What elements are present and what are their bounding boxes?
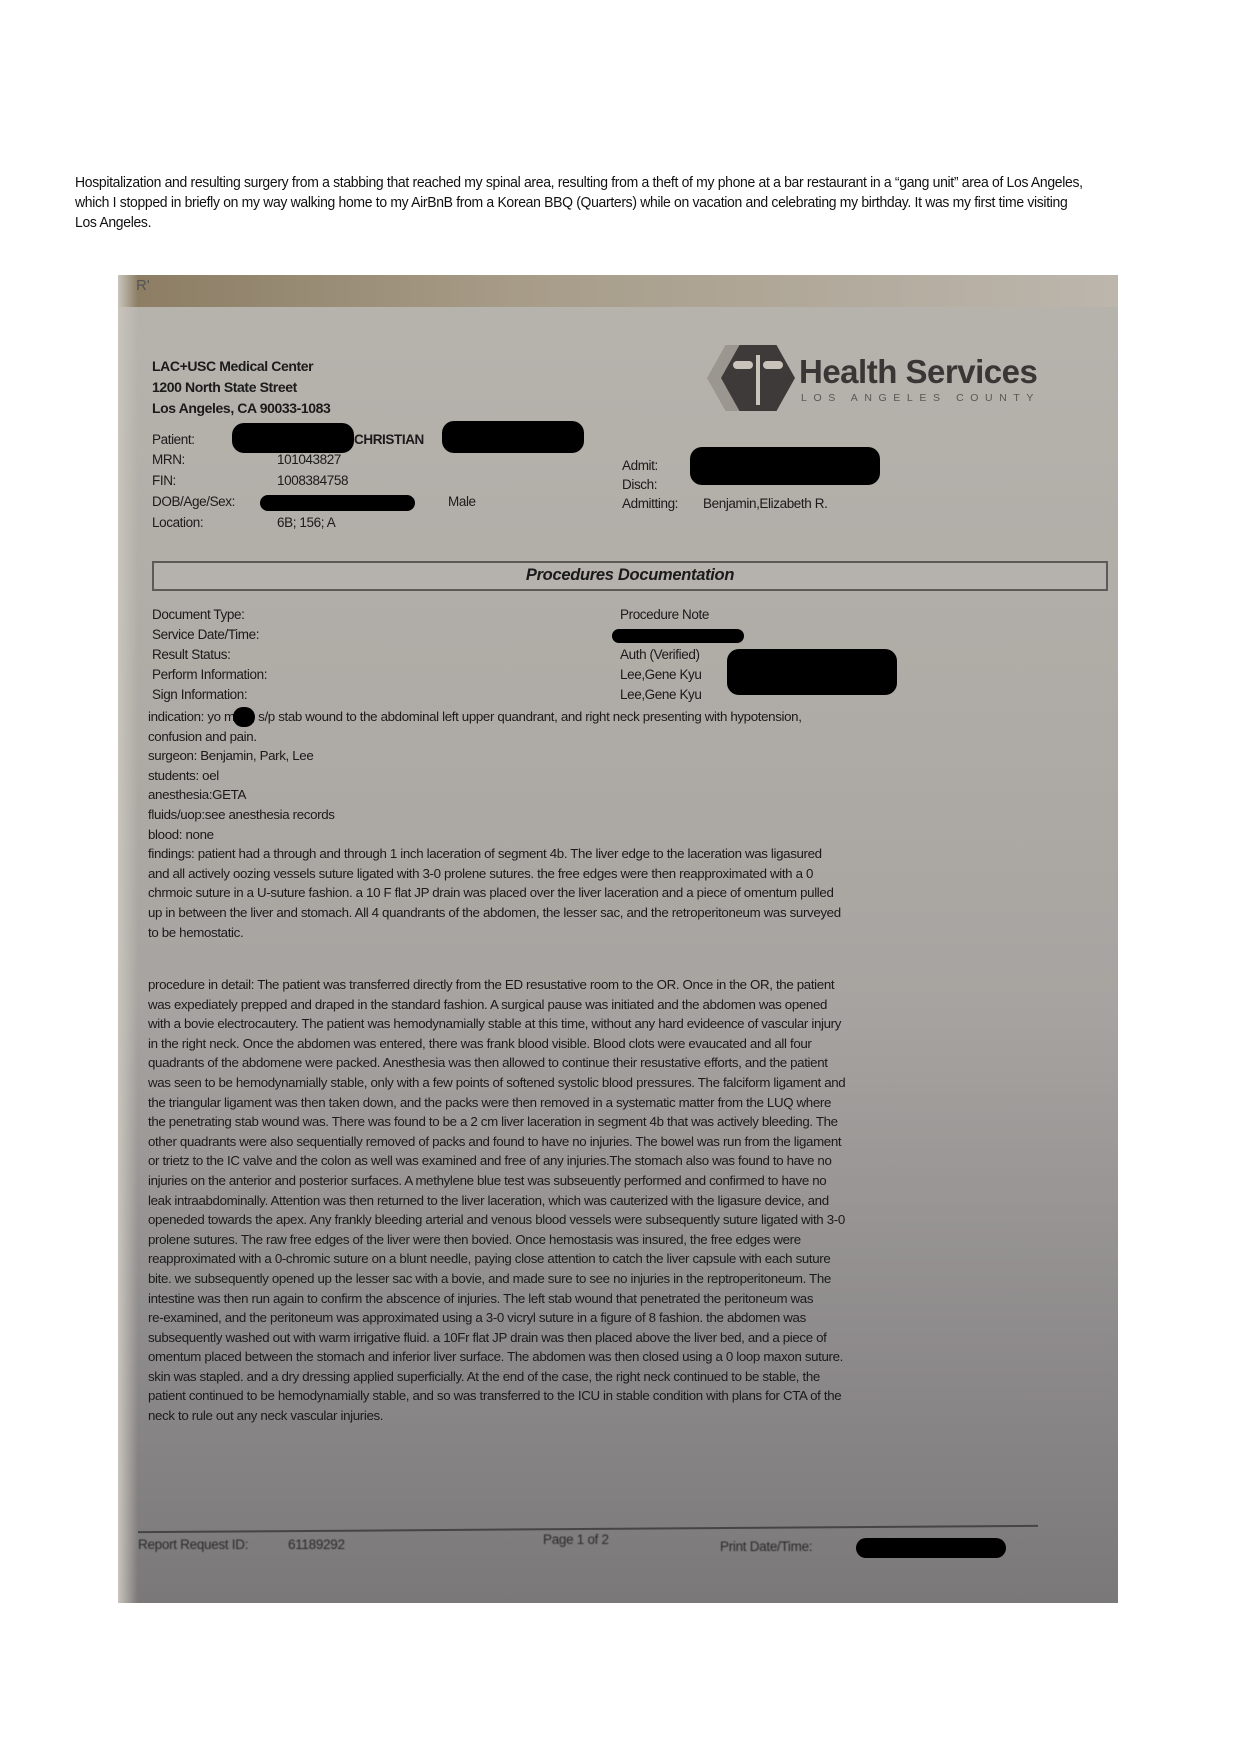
redaction — [612, 629, 744, 643]
text-line: other quadrants were also sequentially r… — [148, 1132, 1108, 1152]
patient-label: Patient: — [152, 429, 195, 450]
text-line: was expediately prepped and draped in th… — [148, 995, 1108, 1015]
logo-subtitle: LOS ANGELES COUNTY — [801, 392, 1040, 404]
text-line: and all actively oozing vessels suture l… — [148, 864, 1108, 884]
caption-text: Hospitalization and resulting surgery fr… — [75, 173, 1087, 233]
meta-row: Sign Information:Lee,Gene Kyu — [152, 685, 1112, 705]
report-request-label: Report Request ID: — [138, 1537, 248, 1552]
disch-label: Disch: — [622, 474, 657, 495]
procedure-summary: indication: yo male, s/p stab wound to t… — [148, 707, 1108, 942]
text-line: openeded towards the apex. Any frankly b… — [148, 1210, 1108, 1230]
location-label: Location: — [152, 512, 203, 533]
text-line: the penetrating stab wound was. There wa… — [148, 1112, 1108, 1132]
admit-label: Admit: — [622, 455, 658, 476]
text-line: quadrants of the abdomene were packed. A… — [148, 1053, 1108, 1073]
meta-row: Perform Information:Lee,Gene Kyu — [152, 665, 1112, 685]
section-title: Procedures Documentation — [154, 566, 1106, 585]
text-line: prolene sutures. The raw free edges of t… — [148, 1230, 1108, 1250]
text-line: re-examined, and the peritoneum was appr… — [148, 1308, 1108, 1328]
page-number: Page 1 of 2 — [543, 1532, 609, 1547]
text-line: patient continued to be hemodynamially s… — [148, 1386, 1108, 1406]
facility-street: 1200 North State Street — [152, 377, 330, 398]
text-line: fluids/uop:see anesthesia records — [148, 805, 1108, 825]
fin-label: FIN: — [152, 470, 176, 491]
patient-name: CHRISTIAN — [354, 429, 424, 450]
print-date-label: Print Date/Time: — [720, 1539, 812, 1554]
redaction — [727, 649, 897, 695]
mrn-label: MRN: — [152, 449, 185, 470]
section-header: Procedures Documentation — [152, 561, 1108, 591]
text-line: injuries on the anterior and posterior s… — [148, 1171, 1108, 1191]
text-line: reapproximated with a 0-chromic suture o… — [148, 1249, 1108, 1269]
redaction — [856, 1538, 1006, 1558]
facility-address: LAC+USC Medical Center 1200 North State … — [152, 356, 330, 419]
redaction — [442, 421, 584, 453]
sex-value: Male — [448, 491, 476, 512]
text-line: was seen to be hemodynamially stable, on… — [148, 1073, 1108, 1093]
text-line: subsequently washed out with warm irriga… — [148, 1328, 1108, 1348]
meta-row: Document Type:Procedure Note — [152, 605, 1112, 625]
text-line: skin was stapled. and a dry dressing app… — [148, 1367, 1108, 1387]
text-line: bite. we subsequently opened up the less… — [148, 1269, 1108, 1289]
admitting-label: Admitting: — [622, 493, 678, 514]
admitting-value: Benjamin,Elizabeth R. — [703, 493, 827, 514]
text-line: omentum placed between the stomach and i… — [148, 1347, 1108, 1367]
text-line: surgeon: Benjamin, Park, Lee — [148, 746, 1108, 766]
text-line: to be hemostatic. — [148, 923, 1108, 943]
text-line: neck to rule out any neck vascular injur… — [148, 1406, 1108, 1426]
procedure-detail: procedure in detail: The patient was tra… — [148, 975, 1108, 1426]
redaction — [233, 707, 255, 727]
text-line: indication: yo male, s/p stab wound to t… — [148, 707, 1108, 727]
text-line: intestine was then run again to confirm … — [148, 1289, 1108, 1309]
mrn-value: 101043827 — [277, 449, 341, 470]
text-line: or trietz to the IC valve and the colon … — [148, 1151, 1108, 1171]
facility-city: Los Angeles, CA 90033-1083 — [152, 398, 330, 419]
text-line: blood: none — [148, 825, 1108, 845]
location-value: 6B; 156; A — [277, 512, 335, 533]
report-request-id: 61189292 — [288, 1537, 345, 1552]
text-line: findings: patient had a through and thro… — [148, 844, 1108, 864]
text-line: up in between the liver and stomach. All… — [148, 903, 1108, 923]
dob-label: DOB/Age/Sex: — [152, 491, 235, 512]
text-line: with a bovie electrocautery. The patient… — [148, 1014, 1108, 1034]
document-photo: R' LAC+USC Medical Center 1200 North Sta… — [118, 275, 1118, 1603]
logo-title: Health Services — [799, 353, 1037, 391]
fin-value: 1008384758 — [277, 470, 348, 491]
meta-row: Service Date/Time: — [152, 625, 1112, 645]
text-line: the triangular ligament was then taken d… — [148, 1093, 1108, 1113]
redaction — [690, 447, 880, 485]
health-services-logo: Health Services LOS ANGELES COUNTY — [703, 343, 1083, 418]
redaction — [260, 495, 415, 511]
corner-mark: R' — [136, 277, 150, 294]
text-line: in the right neck. Once the abdomen was … — [148, 1034, 1108, 1054]
text-line: chrmoic suture in a U-suture fashion. a … — [148, 883, 1108, 903]
patient-info: Patient: CHRISTIAN MRN: 101043827 FIN: 1… — [152, 429, 1112, 549]
document-metadata: Document Type:Procedure Note Service Dat… — [152, 605, 1112, 705]
text-line: procedure in detail: The patient was tra… — [148, 975, 1108, 995]
meta-row: Result Status:Auth (Verified) — [152, 645, 1112, 665]
text-line: leak intraabdominally. Attention was the… — [148, 1191, 1108, 1211]
medical-record-page: LAC+USC Medical Center 1200 North State … — [118, 305, 1118, 1603]
facility-name: LAC+USC Medical Center — [152, 356, 330, 377]
text-line: anesthesia:GETA — [148, 785, 1108, 805]
text-line: students: oel — [148, 766, 1108, 786]
text-line: confusion and pain. — [148, 727, 1108, 747]
